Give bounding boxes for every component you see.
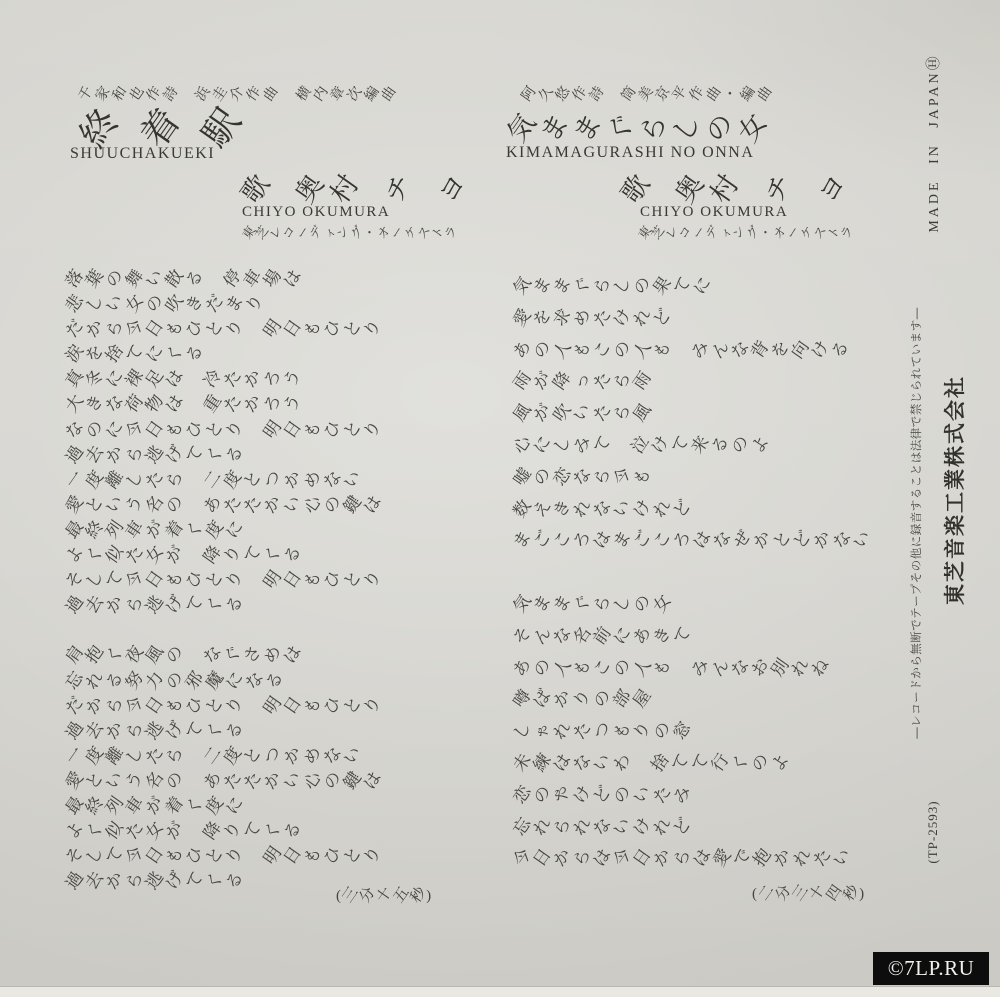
lyric-line: 大きな荷物は重たかろう bbox=[64, 391, 383, 416]
lyric-line: 愛という名のあたたかい心の鍵は bbox=[64, 492, 383, 517]
lyric-line: 過去から逃げてくる bbox=[64, 718, 383, 743]
song2-title: 気ままぐらしの女 bbox=[503, 107, 767, 146]
lyric-line: 嘘の恋なら今も bbox=[512, 461, 872, 493]
lyric-line: あの人もこの人もみんな背を向ける bbox=[512, 334, 872, 366]
lyric-line: 今日からは今日からは愛で抱かれたい bbox=[512, 842, 872, 874]
lyric-line: 噂ばかりの部屋 bbox=[512, 683, 872, 715]
lyric-line: そんな名前にあきて bbox=[512, 620, 872, 652]
lyric-line: 落葉の舞い散る停車場は bbox=[64, 266, 383, 291]
lyric-line: 気ままぐらしの果てに bbox=[512, 270, 872, 302]
song2-lyrics: 気ままぐらしの果てに愛を求めたけれどあの人もこの人もみんな背を向ける雨が降ったら… bbox=[512, 270, 872, 874]
made-in-japan-label: MADE IN JAPANⒽ bbox=[923, 53, 943, 232]
lyric-line: 未練はないわ捨てて行くのよ bbox=[512, 747, 872, 779]
record-sleeve-scan: 千家和也作詩浜圭介作曲横内章次編曲 終着駅 SHUUCHAKUEKI 歌奥村チヨ… bbox=[0, 0, 1000, 997]
lyric-line: 風が吹いたら風 bbox=[512, 397, 872, 429]
lyric-line: しゃれたつもりの窓 bbox=[512, 715, 872, 747]
lyric-line: 気ままぐらしの女 bbox=[512, 588, 872, 620]
lyric-line: 真冬に裸足は冷たかろう bbox=[64, 366, 383, 391]
lyric-line: 忘れる努力の邪魔になる bbox=[64, 668, 383, 693]
lyric-line: まごころはまごころはなぜかとどかない bbox=[512, 524, 872, 556]
lyric-line: 恋のやけどのいたみ bbox=[512, 779, 872, 811]
song1-duration: (三分十五秒) bbox=[336, 884, 431, 905]
song2-duration: (二分三十四秒) bbox=[752, 882, 864, 903]
lyric-line: 最終列車が着く度に bbox=[64, 793, 383, 818]
lyric-line: 過去から逃げてくる bbox=[64, 868, 383, 893]
lyric-line: あの人もこの人もみんなお別れね bbox=[512, 652, 872, 684]
song2-orchestra: 東芝レコーディング・オーケストラ bbox=[637, 223, 853, 241]
lyric-line: 悲しい女の吹きだまり bbox=[64, 291, 383, 316]
lyric-line: 肩抱く夜風のなぐさめは bbox=[64, 642, 383, 667]
song1-orchestra: 東芝レコーディング・オーケストラ bbox=[241, 223, 457, 241]
song1-singer: 歌奥村チヨ bbox=[236, 168, 468, 207]
lyric-line: 心にしみて泣けて来るのよ bbox=[512, 429, 872, 461]
lyric-line: そして今日もひとり明日もひとり bbox=[64, 843, 383, 868]
lyric-line: だから今日もひとり明日もひとり bbox=[64, 316, 383, 341]
lyric-line: 過去から逃げてくる bbox=[64, 442, 383, 467]
lyric-line: 雨が降ったら雨 bbox=[512, 365, 872, 397]
copy-warning-text: —レコードから無断でテープその他に録音することは法律で禁じられています— bbox=[908, 307, 924, 738]
lyric-line bbox=[64, 617, 383, 642]
lyric-line: 愛という名のあたたかい心の鍵は bbox=[64, 768, 383, 793]
lyric-line: よく似た女が降りてくる bbox=[64, 818, 383, 843]
scan-edge bbox=[0, 986, 1000, 997]
song2-credits: 阿久悠作詩筒美京平作曲・編曲 bbox=[520, 83, 773, 103]
catalog-number: (TP-2593) bbox=[925, 800, 941, 863]
lyric-line: だから今日もひとり明日もひとり bbox=[64, 693, 383, 718]
lyric-line: なのに今日もひとり明日もひとり bbox=[64, 417, 383, 442]
lyric-line: そして今日もひとり明日もひとり bbox=[64, 567, 383, 592]
lyric-line: 一度離したら二度とつかめない bbox=[64, 467, 383, 492]
lyric-line bbox=[512, 556, 872, 588]
song1-lyrics: 落葉の舞い散る停車場は悲しい女の吹きだまりだから今日もひとり明日もひとり涙を捨て… bbox=[64, 266, 383, 893]
lyric-line: 愛を求めたけれど bbox=[512, 302, 872, 334]
lyric-line: よく似た女が降りてくる bbox=[64, 542, 383, 567]
lyric-line: 数えきれないけれど bbox=[512, 493, 872, 525]
lyric-line: 過去から逃げてくる bbox=[64, 592, 383, 617]
song2-singer: 歌奥村チヨ bbox=[616, 168, 848, 207]
lyric-line: 涙を捨てにくる bbox=[64, 341, 383, 366]
watermark: ©7LP.RU bbox=[873, 952, 989, 985]
lyric-line: 忘れられないけれど bbox=[512, 811, 872, 843]
lyric-line: 最終列車が着く度に bbox=[64, 517, 383, 542]
song2-singer-romaji: CHIYO OKUMURA bbox=[640, 204, 788, 221]
song1-singer-romaji: CHIYO OKUMURA bbox=[242, 204, 390, 221]
lyric-line: 一度離したら二度とつかめない bbox=[64, 743, 383, 768]
song2-title-romaji: KIMAMAGURASHI NO ONNA bbox=[506, 144, 754, 162]
watermark-text: ©7LP.RU bbox=[888, 956, 975, 981]
song1-title-romaji: SHUUCHAKUEKI bbox=[70, 145, 215, 163]
company-name: 東芝音楽工業株式会社 bbox=[939, 375, 969, 605]
